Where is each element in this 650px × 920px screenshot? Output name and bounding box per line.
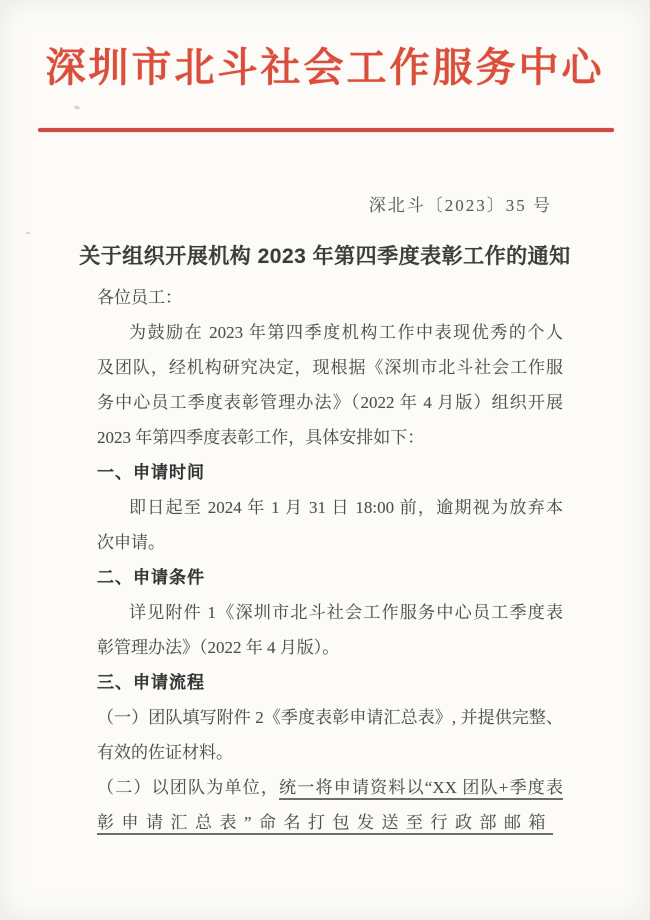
letterhead-org-name: 深圳市北斗社会工作服务中心: [0, 0, 650, 94]
intro-line-1: 为鼓励在 2023 年第四季度机构工作中表现优秀的个人: [97, 315, 563, 350]
section-1-heading: 一、申请时间: [97, 455, 563, 490]
document-body: 各位员工： 为鼓励在 2023 年第四季度机构工作中表现优秀的个人 及团队，经机…: [97, 280, 563, 840]
section-1-line-1: 即日起至 2024 年 1 月 31 日 18:00 前，逾期视为放弃本: [97, 490, 563, 525]
section-2-heading: 二、申请条件: [97, 560, 563, 595]
intro-line-3: 务中心员工季度表彰管理办法》（2022 年 4 月版）组织开展: [97, 385, 563, 420]
section-2-line-1: 详见附件 1《深圳市北斗社会工作服务中心员工季度表: [97, 595, 563, 630]
section-2-line-2: 彰管理办法》（2022 年 4 月版）。: [97, 630, 563, 665]
section-3-item-1-line-1: （一）团队填写附件 2《季度表彰申请汇总表》, 并提供完整、: [97, 700, 563, 735]
section-1-line-2: 次申请。: [97, 525, 563, 560]
item-2-underlined-segment-2: 彰申请汇总表”命名打包发送至行政部邮箱: [97, 813, 553, 832]
scan-artifact: [26, 232, 30, 234]
section-3-heading: 三、申请流程: [97, 665, 563, 700]
document-title: 关于组织开展机构 2023 年第四季度表彰工作的通知: [40, 242, 610, 272]
scan-artifact: [74, 105, 81, 110]
salutation: 各位员工：: [97, 280, 563, 315]
letterhead-rule: [38, 128, 614, 132]
section-3-item-2-line-1: （二）以团队为单位，统一将申请资料以“XX 团队+季度表: [97, 770, 563, 805]
item-2-underlined-segment-1: 统一将申请资料以“XX 团队+季度表: [279, 778, 563, 797]
scanned-notice-page: 深圳市北斗社会工作服务中心 深北斗〔2023〕35 号 关于组织开展机构 202…: [0, 0, 650, 920]
item-2-prefix: （二）以团队为单位，: [97, 778, 279, 797]
intro-line-2: 及团队，经机构研究决定，现根据《深圳市北斗社会工作服: [97, 350, 563, 385]
document-number: 深北斗〔2023〕35 号: [0, 194, 650, 218]
intro-line-4: 2023 年第四季度表彰工作，具体安排如下：: [97, 420, 563, 455]
section-3-item-2-line-2: 彰申请汇总表”命名打包发送至行政部邮箱: [97, 805, 563, 840]
section-3-item-1-line-2: 有效的佐证材料。: [97, 735, 563, 770]
